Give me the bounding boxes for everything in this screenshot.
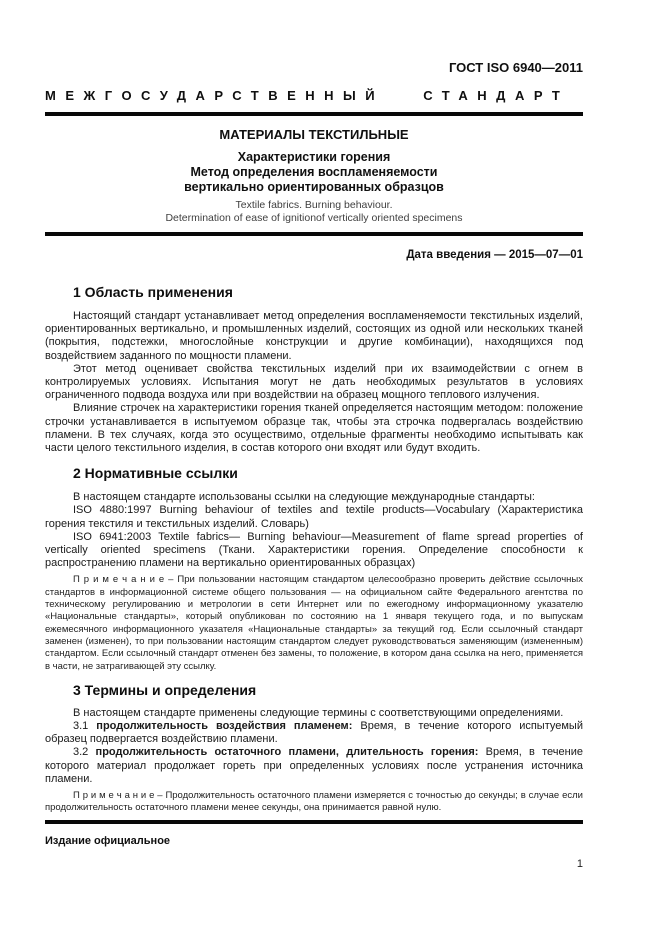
section-3-note: П р и м е ч а н и е – Продолжительность … xyxy=(45,790,583,815)
standard-type-label: МЕЖГОСУДАРСТВЕННЫЙ СТАНДАРТ xyxy=(45,88,583,103)
document-page: ГОСТ ISO 6940—2011 МЕЖГОСУДАРСТВЕННЫЙ СТ… xyxy=(0,0,661,935)
section-1-paragraph-1: Настоящий стандарт устанавливает метод о… xyxy=(45,310,583,363)
doc-subtitle: Характеристики горения Метод определения… xyxy=(45,150,583,195)
page-footer: Издание официальное 1 xyxy=(45,820,583,871)
section-1-paragraph-3: Влияние строчек на характеристики горени… xyxy=(45,402,583,455)
section-3-intro: В настоящем стандарте применены следующи… xyxy=(45,707,583,720)
section-3-heading: 3 Термины и определения xyxy=(73,682,583,699)
reference-iso-4880: ISO 4880:1997 Burning behaviour of texti… xyxy=(45,504,583,530)
doc-subtitle-line-3: вертикально ориентированных образцов xyxy=(45,180,583,195)
doc-title-en-line-2: Determination of ease of ignitionof vert… xyxy=(45,212,583,225)
term-3-1-term: продолжительность воздействия пламенем: xyxy=(96,720,352,732)
term-3-2-number: 3.2 xyxy=(73,746,96,758)
section-1-heading: 1 Область применения xyxy=(73,284,583,301)
term-3-1: 3.1 продолжительность воздействия пламен… xyxy=(45,720,583,746)
section-2-heading: 2 Нормативные ссылки xyxy=(73,465,583,482)
section-2-note: П р и м е ч а н и е – При пользовании на… xyxy=(45,574,583,672)
doc-title-main: МАТЕРИАЛЫ ТЕКСТИЛЬНЫЕ xyxy=(45,128,583,142)
page-number: 1 xyxy=(45,858,583,871)
reference-iso-6941: ISO 6941:2003 Textile fabrics— Burning b… xyxy=(45,531,583,571)
header-rule xyxy=(45,112,583,116)
section-1-paragraph-2: Этот метод оценивает свойства текстильны… xyxy=(45,363,583,403)
footer-rule xyxy=(45,820,583,824)
header-doc-code: ГОСТ ISO 6940—2011 xyxy=(45,0,583,75)
title-rule xyxy=(45,232,583,236)
doc-title-en-line-1: Textile fabrics. Burning behaviour. xyxy=(45,199,583,212)
doc-subtitle-line-1: Характеристики горения xyxy=(45,150,583,165)
section-2-intro: В настоящем стандарте использованы ссылк… xyxy=(45,491,583,504)
effective-date: Дата введения — 2015—07—01 xyxy=(45,249,583,262)
doc-subtitle-line-2: Метод определения воспламеняемости xyxy=(45,165,583,180)
term-3-2: 3.2 продолжительность остаточного пламен… xyxy=(45,746,583,786)
edition-label: Издание официальное xyxy=(45,835,583,848)
page-content: ГОСТ ISO 6940—2011 МЕЖГОСУДАРСТВЕННЫЙ СТ… xyxy=(45,0,583,815)
term-3-1-number: 3.1 xyxy=(73,720,96,732)
doc-title-english: Textile fabrics. Burning behaviour. Dete… xyxy=(45,199,583,225)
term-3-2-term: продолжительность остаточного пламени, д… xyxy=(96,746,479,758)
